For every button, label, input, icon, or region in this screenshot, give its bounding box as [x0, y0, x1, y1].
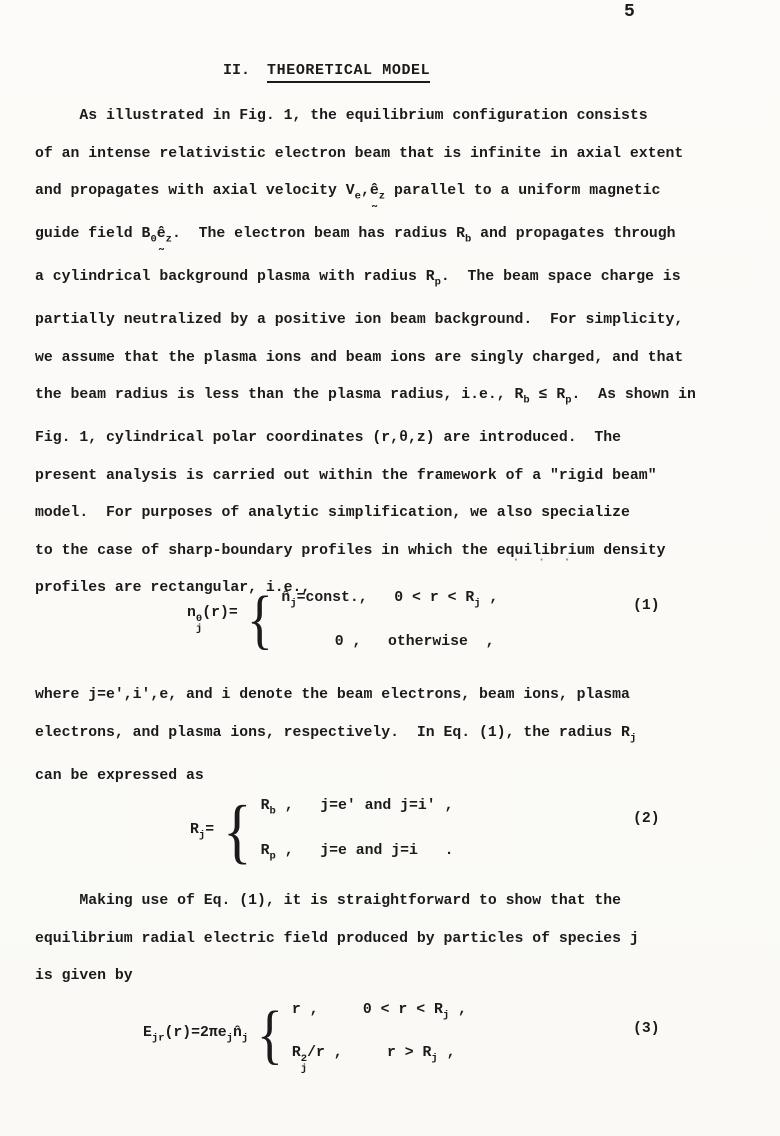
text-line: Making use of Eq. (1), it is straightfor…: [35, 883, 735, 921]
equation-1-lhs: n0j(r)=: [187, 605, 238, 634]
text-line: model. For purposes of analytic simplifi…: [35, 495, 735, 533]
document-page: 5 II.THEORETICAL MODEL As illustrated in…: [0, 0, 780, 1136]
text-line: partially neutralized by a positive ion …: [35, 302, 735, 340]
equation-1-cases: n̂j=const., 0 < r < Rj , 0 , otherwise ,: [281, 579, 498, 661]
paragraph-2: where j=e',i',e, and i denote the beam e…: [35, 677, 735, 795]
equation-3-case-top: r , 0 < r < Rj ,: [292, 992, 467, 1035]
equation-2-case-bottom: Rp , j=e and j=i .: [261, 832, 454, 877]
left-brace-icon: {: [223, 790, 251, 873]
text-line: is given by: [35, 958, 735, 996]
text-line: of an intense relativistic electron beam…: [35, 136, 735, 174]
section-numeral: II.: [223, 62, 250, 79]
equation-3-lhs: Ejr(r)=2πejn̂j: [143, 1025, 248, 1045]
equation-3-cases: r , 0 < r < Rj , R2j/r , r > Rj ,: [292, 992, 467, 1078]
equation-1-case-top: n̂j=const., 0 < r < Rj ,: [281, 579, 498, 623]
equation-3-case-bottom: R2j/r , r > Rj ,: [292, 1035, 467, 1078]
text-line: a cylindrical background plasma with rad…: [35, 259, 735, 302]
left-brace-icon: {: [257, 997, 283, 1073]
section-title: THEORETICAL MODEL: [267, 62, 430, 83]
page-number: 5: [624, 2, 635, 22]
text-line: equilibrium radial electric field produc…: [35, 921, 735, 959]
text-line: and propagates with axial velocity Ve,êz…: [35, 173, 735, 216]
equation-2-case-top: Rb , j=e' and j=i' ,: [261, 787, 454, 832]
text-line: guide field B0êz. The electron beam has …: [35, 216, 735, 259]
section-heading: II.THEORETICAL MODEL: [187, 45, 430, 96]
text-line: Fig. 1, cylindrical polar coordinates (r…: [35, 420, 735, 458]
text-line: present analysis is carried out within t…: [35, 458, 735, 496]
scan-artifact-dots: · · ·: [512, 552, 576, 567]
text-line: the beam radius is less than the plasma …: [35, 377, 735, 420]
text-line: where j=e',i',e, and i denote the beam e…: [35, 677, 735, 715]
left-brace-icon: {: [247, 582, 273, 658]
text-line: to the case of sharp-boundary profiles i…: [35, 533, 735, 571]
equation-1-label: (1): [633, 598, 660, 614]
paragraph-1: As illustrated in Fig. 1, the equilibriu…: [35, 98, 735, 608]
equation-2-lhs: Rj=: [190, 822, 214, 842]
equation-1-case-bottom: 0 , otherwise ,: [281, 623, 498, 661]
equation-2-label: (2): [633, 811, 660, 827]
text-line: electrons, and plasma ions, respectively…: [35, 715, 735, 758]
paragraph-3: Making use of Eq. (1), it is straightfor…: [35, 883, 735, 996]
equation-2: Rj= { Rb , j=e' and j=i' , Rp , j=e and …: [190, 787, 453, 876]
equation-2-cases: Rb , j=e' and j=i' , Rp , j=e and j=i .: [261, 787, 454, 876]
equation-3: Ejr(r)=2πejn̂j { r , 0 < r < Rj , R2j/r …: [143, 992, 467, 1078]
text-line: As illustrated in Fig. 1, the equilibriu…: [35, 98, 735, 136]
equation-3-label: (3): [633, 1021, 660, 1037]
equation-1: n0j(r)= { n̂j=const., 0 < r < Rj , 0 , o…: [187, 579, 498, 661]
text-line: we assume that the plasma ions and beam …: [35, 340, 735, 378]
